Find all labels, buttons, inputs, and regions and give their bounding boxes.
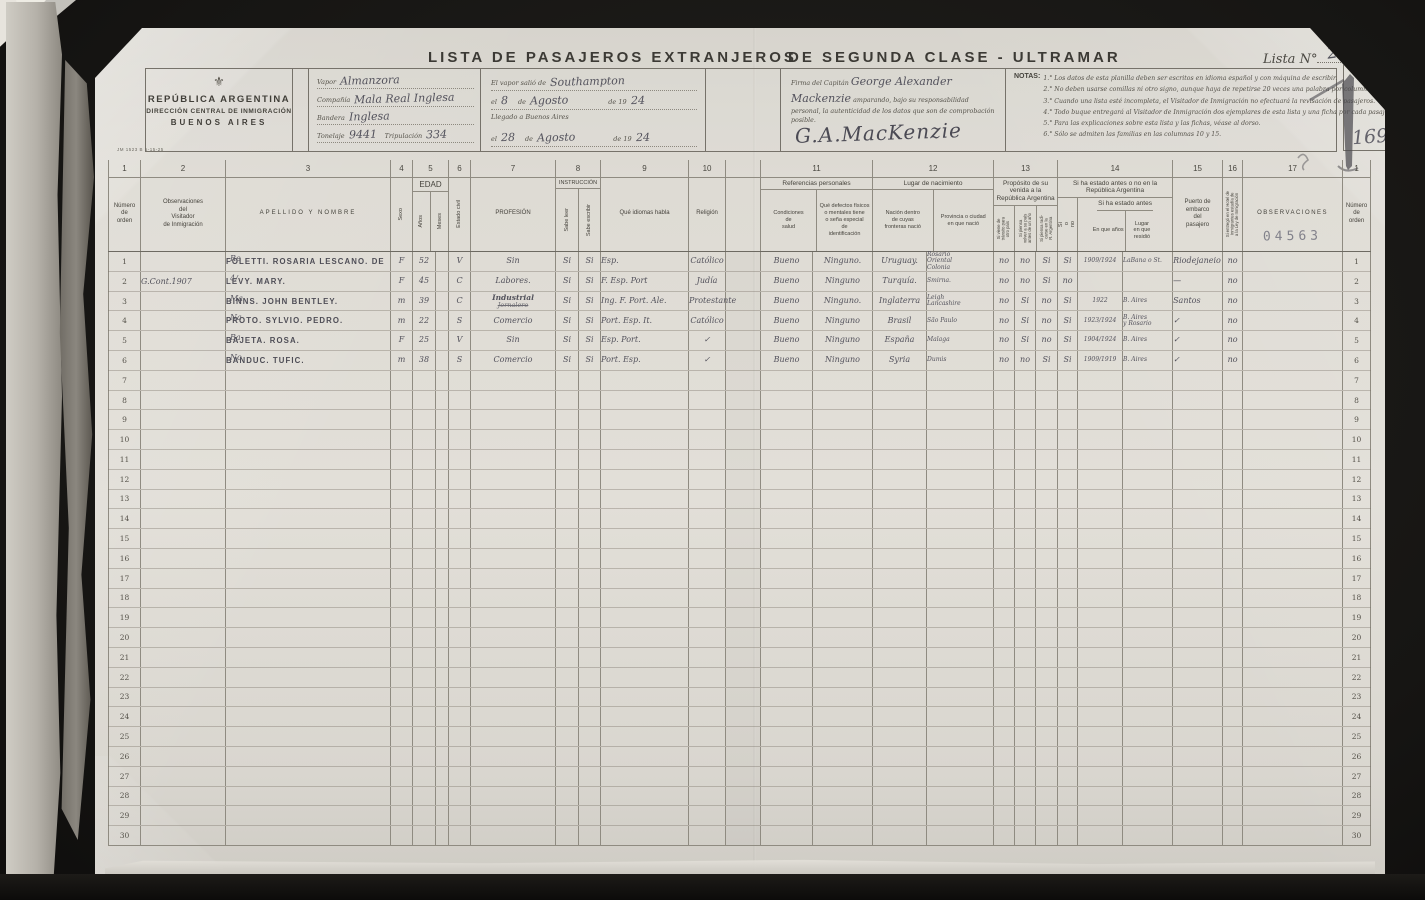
cell-en-que-anos — [1078, 687, 1123, 707]
cell-si-o-no — [1058, 529, 1078, 549]
cell-sexo — [391, 568, 413, 588]
table-row: 2525 — [109, 727, 1371, 747]
cell-sexo — [391, 450, 413, 470]
cell-proposito-2 — [1015, 489, 1036, 509]
cell-anos — [413, 766, 436, 786]
cell-en-que-anos — [1078, 430, 1123, 450]
cell-spacer — [726, 746, 761, 766]
cell-profesion — [471, 826, 556, 846]
cell-proposito-2 — [1015, 628, 1036, 648]
cell-hotel-inmigrantes — [1223, 727, 1243, 747]
cell-sabe-escribir — [579, 707, 601, 727]
cell-si-o-no — [1058, 806, 1078, 826]
table-row: 2424 — [109, 707, 1371, 727]
cell-puerto-embarco: ✓ — [1173, 331, 1223, 351]
cell-lugar-residio — [1123, 509, 1173, 529]
cell-observaciones — [1243, 707, 1343, 727]
cell-apellido-nombre: MaBINNS. JOHN BENTLEY. — [226, 291, 391, 311]
cell-proposito-2 — [1015, 509, 1036, 529]
cell-hotel-inmigrantes — [1223, 667, 1243, 687]
cell-sabe-leer — [556, 548, 579, 568]
cell-idiomas: Esp. Port. — [601, 331, 689, 351]
cell-si-o-no — [1058, 489, 1078, 509]
cell-observaciones-visitador — [141, 707, 226, 727]
cell-sexo — [391, 370, 413, 390]
cell-provincia — [927, 450, 994, 470]
cell-observaciones-visitador — [141, 687, 226, 707]
cell-religion: ✓ — [689, 351, 726, 371]
header-profesion: PROFESIÓN — [471, 177, 556, 251]
cell-salud — [761, 727, 813, 747]
cell-numero: 12 — [109, 469, 141, 489]
cell-nacion — [873, 687, 927, 707]
cell-provincia: Smirna. — [927, 271, 994, 291]
cell-nacion: Turquía. — [873, 271, 927, 291]
cell-spacer — [726, 687, 761, 707]
cell-si-o-no — [1058, 647, 1078, 667]
cell-provincia — [927, 647, 994, 667]
compania-value: Mala Real Inglesa — [354, 91, 455, 107]
cell-puerto-embarco — [1173, 806, 1223, 826]
cell-spacer — [726, 271, 761, 291]
cell-idiomas: Ing. F. Port. Ale. — [601, 291, 689, 311]
header-spacer — [293, 69, 309, 151]
cell-observaciones-visitador — [141, 311, 226, 331]
cell-religion — [689, 370, 726, 390]
cell-numero-right: 30 — [1343, 826, 1371, 846]
cell-sexo: m — [391, 351, 413, 371]
cell-puerto-embarco — [1173, 588, 1223, 608]
cell-apellido-nombre — [226, 430, 391, 450]
cell-hotel-inmigrantes — [1223, 628, 1243, 648]
cell-numero-right: 24 — [1343, 707, 1371, 727]
cell-hotel-inmigrantes — [1223, 450, 1243, 470]
cell-religion — [689, 509, 726, 529]
cell-spacer — [726, 251, 761, 271]
cell-en-que-anos — [1078, 390, 1123, 410]
cell-provincia: Dumis — [927, 351, 994, 371]
cell-numero-right: 1 — [1343, 251, 1371, 271]
cell-sabe-leer — [556, 410, 579, 430]
cell-numero-right: 5 — [1343, 331, 1371, 351]
cell-idiomas — [601, 707, 689, 727]
cell-provincia — [927, 786, 994, 806]
cell-observaciones — [1243, 568, 1343, 588]
cell-estado-civil — [449, 786, 471, 806]
cell-profesion — [471, 746, 556, 766]
cell-sabe-escribir — [579, 469, 601, 489]
column-number: 1 — [109, 160, 141, 177]
cell-puerto-embarco — [1173, 707, 1223, 727]
cell-sexo — [391, 469, 413, 489]
cell-proposito-3 — [1036, 548, 1058, 568]
cell-defectos — [813, 687, 873, 707]
table-row: 1717 — [109, 568, 1371, 588]
cell-salud — [761, 529, 813, 549]
cell-numero-right: 16 — [1343, 548, 1371, 568]
firma-label: Firma del Capitán — [791, 80, 849, 87]
cell-lugar-residio — [1123, 568, 1173, 588]
cell-numero: 17 — [109, 568, 141, 588]
cell-observaciones-visitador — [141, 806, 226, 826]
cell-meses — [436, 489, 449, 509]
cell-numero: 2 — [109, 271, 141, 291]
cell-nacion — [873, 370, 927, 390]
cell-observaciones-visitador — [141, 608, 226, 628]
table-row: 1818 — [109, 588, 1371, 608]
cell-numero-right: 21 — [1343, 647, 1371, 667]
cell-anos — [413, 727, 436, 747]
cell-sexo: m — [391, 291, 413, 311]
table-row: 2G.Cont.19074/LEVY. MARY.F45CLabores.SiS… — [109, 271, 1371, 291]
tonelaje-value: 9441 — [348, 128, 376, 142]
header-proposito-3: Si piensa radi- carse en la R. Argentina — [1036, 206, 1057, 251]
cell-profesion — [471, 450, 556, 470]
cell-idiomas: Esp. — [601, 251, 689, 271]
cell-numero-right: 17 — [1343, 568, 1371, 588]
cell-lugar-residio — [1123, 469, 1173, 489]
cell-proposito-2: Si — [1015, 291, 1036, 311]
cell-defectos — [813, 450, 873, 470]
header-nacion: Nación dentro de cuyas fronteras nació — [873, 190, 933, 251]
header-estado-antes: Si ha estado antes o no en la República … — [1058, 178, 1172, 199]
cell-salud — [761, 746, 813, 766]
cell-observaciones — [1243, 351, 1343, 371]
cell-en-que-anos — [1078, 529, 1123, 549]
table-row: 2323 — [109, 687, 1371, 707]
cell-en-que-anos — [1078, 410, 1123, 430]
document-title-left: LISTA DE PASAJEROS EXTRANJEROS — [428, 49, 797, 66]
column-number: 17 — [1243, 160, 1343, 177]
cell-proposito-3 — [1036, 667, 1058, 687]
cell-lugar-residio: B. Aires — [1123, 331, 1173, 351]
cell-numero: 11 — [109, 450, 141, 470]
cell-sexo — [391, 588, 413, 608]
cell-nacion — [873, 390, 927, 410]
table-row: 4NaPROTO. SYLVIO. PEDRO.m22SComercioSiSi… — [109, 311, 1371, 331]
cell-observaciones — [1243, 806, 1343, 826]
cell-anos — [413, 687, 436, 707]
cell-proposito-1 — [994, 588, 1015, 608]
header-estado-antes-group: Si ha estado antes o no en la República … — [1058, 177, 1173, 251]
arrived-month: Agosto — [537, 131, 576, 145]
cell-sabe-leer: Si — [556, 311, 579, 331]
cell-observaciones-visitador — [141, 826, 226, 846]
cell-en-que-anos — [1078, 707, 1123, 727]
cell-salud — [761, 450, 813, 470]
table-row: 77 — [109, 370, 1371, 390]
cell-anos: 38 — [413, 351, 436, 371]
cell-idiomas — [601, 469, 689, 489]
cell-proposito-1 — [994, 370, 1015, 390]
cell-en-que-anos — [1078, 489, 1123, 509]
cell-spacer — [726, 390, 761, 410]
cell-profesion: Labores. — [471, 271, 556, 291]
cell-provincia — [927, 370, 994, 390]
cell-lugar-residio — [1123, 370, 1173, 390]
cell-provincia — [927, 766, 994, 786]
cell-si-o-no — [1058, 826, 1078, 846]
cell-numero: 25 — [109, 727, 141, 747]
cell-sabe-escribir — [579, 647, 601, 667]
cell-sabe-leer — [556, 707, 579, 727]
cell-sexo — [391, 548, 413, 568]
de-label: de — [518, 98, 526, 106]
cell-proposito-3 — [1036, 628, 1058, 648]
cell-estado-civil — [449, 647, 471, 667]
cell-anos — [413, 667, 436, 687]
cell-defectos: Ninguno — [813, 311, 873, 331]
cell-apellido-nombre: BaBAJETA. ROSA. — [226, 331, 391, 351]
cell-numero: 9 — [109, 410, 141, 430]
cell-sabe-escribir: Si — [579, 351, 601, 371]
cell-sabe-leer: Si — [556, 271, 579, 291]
cell-salud: Bueno — [761, 251, 813, 271]
cell-estado-civil — [449, 667, 471, 687]
cell-sexo — [391, 647, 413, 667]
cell-provincia — [927, 588, 994, 608]
cell-en-que-anos: 1923/1924 — [1078, 311, 1123, 331]
cell-salud — [761, 588, 813, 608]
cell-proposito-3 — [1036, 509, 1058, 529]
cell-estado-civil — [449, 509, 471, 529]
header-instruccion: INSTRUCCIÓN — [556, 178, 600, 190]
cell-puerto-embarco — [1173, 727, 1223, 747]
passenger-table: 12345678910111213141516171 Número de ord… — [108, 160, 1371, 846]
book-page-edge — [6, 2, 62, 878]
cell-anos — [413, 548, 436, 568]
cell-provincia — [927, 489, 994, 509]
header-referencias: Referencias personales — [761, 178, 872, 191]
cell-salud — [761, 687, 813, 707]
cell-apellido-nombre — [226, 469, 391, 489]
cell-nacion — [873, 647, 927, 667]
cell-hotel-inmigrantes — [1223, 410, 1243, 430]
document-title-right: DE SEGUNDA CLASE - ULTRAMAR — [788, 49, 1121, 66]
cell-observaciones-visitador: G.Cont.1907 — [141, 271, 226, 291]
cell-apellido-nombre — [226, 667, 391, 687]
cell-nacion — [873, 608, 927, 628]
table-row: 5BaBAJETA. ROSA.F25VSinSiSiEsp. Port.✓Bu… — [109, 331, 1371, 351]
cell-meses — [436, 647, 449, 667]
cell-religion: Católico — [689, 251, 726, 271]
cell-en-que-anos — [1078, 766, 1123, 786]
cell-hotel-inmigrantes — [1223, 608, 1243, 628]
cell-estado-civil — [449, 430, 471, 450]
table-row: 1010 — [109, 430, 1371, 450]
cell-apellido-nombre: ReFOLETTI. ROSARIA LESCANO. DE — [226, 251, 391, 271]
cell-nacion — [873, 826, 927, 846]
cell-puerto-embarco — [1173, 489, 1223, 509]
cell-hotel-inmigrantes: no — [1223, 251, 1243, 271]
cell-idiomas — [601, 786, 689, 806]
cell-sabe-escribir — [579, 826, 601, 846]
cell-defectos — [813, 370, 873, 390]
cell-apellido-nombre — [226, 390, 391, 410]
ship-fields-box: VaporAlmanzora CompañíaMala Real Inglesa… — [309, 69, 481, 151]
table-row: 2222 — [109, 667, 1371, 687]
cell-observaciones-visitador — [141, 548, 226, 568]
cell-estado-civil — [449, 390, 471, 410]
cell-proposito-3: Si — [1036, 271, 1058, 291]
cell-observaciones — [1243, 370, 1343, 390]
cell-defectos — [813, 746, 873, 766]
cell-sabe-escribir — [579, 568, 601, 588]
cell-estado-civil — [449, 766, 471, 786]
cell-provincia: São Paulo — [927, 311, 994, 331]
cell-defectos: Ninguno — [813, 351, 873, 371]
cell-observaciones — [1243, 628, 1343, 648]
column-number: 16 — [1223, 160, 1243, 177]
table-row: 2929 — [109, 806, 1371, 826]
cell-profesion — [471, 489, 556, 509]
cell-salud — [761, 568, 813, 588]
cell-religion — [689, 430, 726, 450]
cell-lugar-residio — [1123, 707, 1173, 727]
cell-sexo — [391, 826, 413, 846]
cell-sabe-leer — [556, 529, 579, 549]
cell-hotel-inmigrantes: no — [1223, 331, 1243, 351]
cell-provincia — [927, 746, 994, 766]
cell-numero: 24 — [109, 707, 141, 727]
cell-religion — [689, 529, 726, 549]
cell-spacer — [726, 786, 761, 806]
cell-anos — [413, 786, 436, 806]
cell-lugar-residio: B. Aires — [1123, 351, 1173, 371]
cell-puerto-embarco — [1173, 529, 1223, 549]
cell-proposito-2 — [1015, 786, 1036, 806]
cell-estado-civil: C — [449, 271, 471, 291]
cell-sabe-escribir — [579, 608, 601, 628]
cell-anos — [413, 450, 436, 470]
cell-religion — [689, 410, 726, 430]
cell-proposito-2 — [1015, 766, 1036, 786]
cell-sexo — [391, 707, 413, 727]
cell-proposito-3: no — [1036, 331, 1058, 351]
cell-proposito-1 — [994, 529, 1015, 549]
cell-numero: 4 — [109, 311, 141, 331]
cell-estado-civil — [449, 727, 471, 747]
cell-nacion — [873, 727, 927, 747]
column-number: 4 — [391, 160, 413, 177]
cell-defectos — [813, 647, 873, 667]
cell-hotel-inmigrantes — [1223, 806, 1243, 826]
cell-proposito-3 — [1036, 588, 1058, 608]
cell-en-que-anos — [1078, 450, 1123, 470]
cell-salud — [761, 390, 813, 410]
cell-numero-right: 3 — [1343, 291, 1371, 311]
cell-provincia — [927, 826, 994, 846]
cell-nacion — [873, 766, 927, 786]
cell-salud — [761, 667, 813, 687]
cell-profesion — [471, 390, 556, 410]
cell-provincia — [927, 628, 994, 648]
cell-sexo — [391, 430, 413, 450]
cell-puerto-embarco — [1173, 746, 1223, 766]
cell-apellido-nombre — [226, 786, 391, 806]
cell-en-que-anos — [1078, 548, 1123, 568]
cell-idiomas — [601, 450, 689, 470]
cell-lugar-residio — [1123, 271, 1173, 291]
cell-spacer — [726, 628, 761, 648]
cell-puerto-embarco: ✓ — [1173, 351, 1223, 371]
cell-sabe-escribir: Si — [579, 271, 601, 291]
cell-apellido-nombre — [226, 826, 391, 846]
cell-sabe-leer — [556, 390, 579, 410]
cell-religion — [689, 707, 726, 727]
cell-idiomas — [601, 746, 689, 766]
cell-spacer — [726, 826, 761, 846]
el-label: el — [491, 98, 497, 106]
cell-anos — [413, 430, 436, 450]
cell-apellido-nombre — [226, 647, 391, 667]
cell-si-o-no: Si — [1058, 291, 1078, 311]
cell-defectos: Ninguno — [813, 331, 873, 351]
cell-sabe-escribir — [579, 509, 601, 529]
cell-religion: ✓ — [689, 331, 726, 351]
cell-estado-civil — [449, 548, 471, 568]
cell-proposito-1 — [994, 628, 1015, 648]
cell-idiomas — [601, 568, 689, 588]
cell-puerto-embarco — [1173, 786, 1223, 806]
cell-provincia — [927, 608, 994, 628]
header-edad: EDAD — [413, 178, 448, 193]
cell-anos — [413, 568, 436, 588]
cell-religion — [689, 647, 726, 667]
cell-puerto-embarco — [1173, 568, 1223, 588]
cell-nacion: Syria — [873, 351, 927, 371]
cell-en-que-anos — [1078, 509, 1123, 529]
cell-idiomas — [601, 489, 689, 509]
cell-anos — [413, 647, 436, 667]
cell-observaciones-visitador — [141, 628, 226, 648]
cell-defectos — [813, 588, 873, 608]
cell-puerto-embarco — [1173, 469, 1223, 489]
cell-sabe-escribir — [579, 727, 601, 747]
cell-defectos — [813, 806, 873, 826]
cell-nacion — [873, 548, 927, 568]
cell-en-que-anos — [1078, 746, 1123, 766]
cell-numero-right: 8 — [1343, 390, 1371, 410]
cell-provincia — [927, 469, 994, 489]
cell-apellido-nombre: NoBANDUC. TUFIC. — [226, 351, 391, 371]
cell-observaciones-visitador — [141, 370, 226, 390]
table-row: 1ReFOLETTI. ROSARIA LESCANO. DEF52VSinSi… — [109, 251, 1371, 271]
cell-sabe-leer: Si — [556, 331, 579, 351]
cell-proposito-3: Si — [1036, 251, 1058, 271]
cell-meses — [436, 806, 449, 826]
cell-hotel-inmigrantes — [1223, 568, 1243, 588]
title-bar: LISTA DE PASAJEROS EXTRANJEROS DE SEGUND… — [95, 49, 1385, 69]
cell-defectos — [813, 766, 873, 786]
cell-estado-civil — [449, 568, 471, 588]
cell-observaciones-visitador — [141, 390, 226, 410]
cell-salud — [761, 509, 813, 529]
cell-defectos — [813, 390, 873, 410]
cell-observaciones-visitador — [141, 529, 226, 549]
cell-observaciones — [1243, 766, 1343, 786]
cell-proposito-3 — [1036, 430, 1058, 450]
table-row: 2020 — [109, 628, 1371, 648]
cell-proposito-2 — [1015, 370, 1036, 390]
cell-numero: 10 — [109, 430, 141, 450]
cell-apellido-nombre — [226, 707, 391, 727]
cell-observaciones — [1243, 271, 1343, 291]
cell-observaciones — [1243, 450, 1343, 470]
cell-profesion: Comercio — [471, 311, 556, 331]
cell-meses — [436, 608, 449, 628]
cell-sabe-leer — [556, 588, 579, 608]
